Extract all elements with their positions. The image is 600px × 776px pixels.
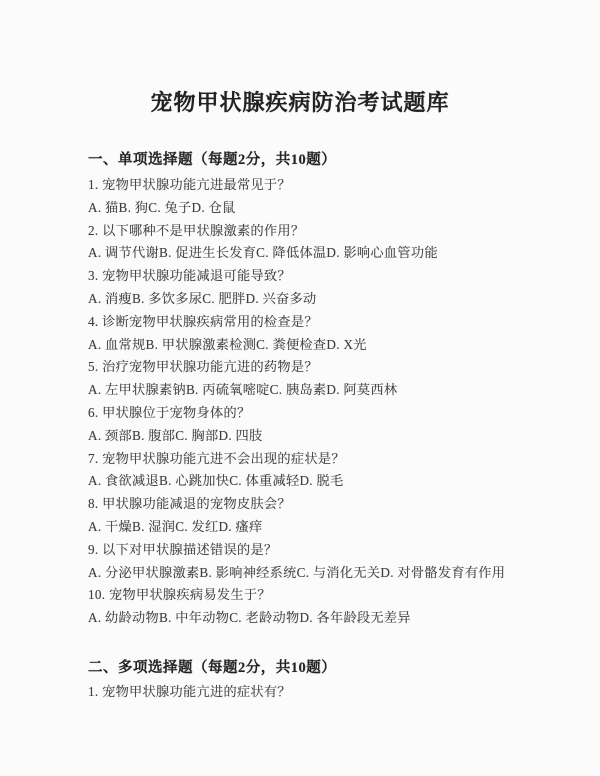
document-title: 宠物甲状腺疾病防治考试题库 bbox=[0, 0, 600, 117]
section-1-heading: 一、单项选择题（每题2分，共10题） bbox=[88, 148, 550, 169]
question-text: 5. 治疗宠物甲状腺功能亢进的药物是？ bbox=[88, 356, 550, 379]
options-text: A. 血常规B. 甲状腺激素检测C. 粪便检查D. X光 bbox=[88, 334, 550, 357]
question-text: 9. 以下对甲状腺描述错误的是？ bbox=[88, 539, 550, 562]
options-text: A. 猫B. 狗C. 兔子D. 仓鼠 bbox=[88, 197, 550, 220]
question-text: 1. 宠物甲状腺功能亢进最常见于？ bbox=[88, 174, 550, 197]
options-text: A. 调节代谢B. 促进生长发育C. 降低体温D. 影响心血管功能 bbox=[88, 242, 550, 265]
question-text: 6. 甲状腺位于宠物身体的？ bbox=[88, 402, 550, 425]
question-text: 8. 甲状腺功能减退的宠物皮肤会？ bbox=[88, 493, 550, 516]
document-content: 一、单项选择题（每题2分，共10题） 1. 宠物甲状腺功能亢进最常见于？ A. … bbox=[88, 148, 550, 704]
question-text: 10. 宠物甲状腺疾病易发生于？ bbox=[88, 584, 550, 607]
section-2-body: 1. 宠物甲状腺功能亢进的症状有？ bbox=[88, 681, 550, 704]
options-text: A. 幼龄动物B. 中年动物C. 老龄动物D. 各年龄段无差异 bbox=[88, 607, 550, 630]
question-text: 2. 以下哪种不是甲状腺激素的作用？ bbox=[88, 220, 550, 243]
options-text: A. 颈部B. 腹部C. 胸部D. 四肢 bbox=[88, 425, 550, 448]
question-text: 3. 宠物甲状腺功能减退可能导致？ bbox=[88, 265, 550, 288]
question-text: 1. 宠物甲状腺功能亢进的症状有？ bbox=[88, 681, 550, 704]
options-text: A. 消瘦B. 多饮多尿C. 肥胖D. 兴奋多动 bbox=[88, 288, 550, 311]
document-page: 宠物甲状腺疾病防治考试题库 一、单项选择题（每题2分，共10题） 1. 宠物甲状… bbox=[0, 0, 600, 776]
section-1-body: 1. 宠物甲状腺功能亢进最常见于？ A. 猫B. 狗C. 兔子D. 仓鼠 2. … bbox=[88, 174, 550, 630]
options-text: A. 左甲状腺素钠B. 丙硫氧嘧啶C. 胰岛素D. 阿莫西林 bbox=[88, 379, 550, 402]
section-2-heading: 二、多项选择题（每题2分，共10题） bbox=[88, 656, 550, 677]
options-text: A. 分泌甲状腺激素B. 影响神经系统C. 与消化无关D. 对骨骼发育有作用 bbox=[88, 562, 550, 585]
question-text: 7. 宠物甲状腺功能亢进不会出现的症状是？ bbox=[88, 448, 550, 471]
options-text: A. 干燥B. 湿润C. 发红D. 瘙痒 bbox=[88, 516, 550, 539]
options-text: A. 食欲减退B. 心跳加快C. 体重减轻D. 脱毛 bbox=[88, 470, 550, 493]
question-text: 4. 诊断宠物甲状腺疾病常用的检查是？ bbox=[88, 311, 550, 334]
